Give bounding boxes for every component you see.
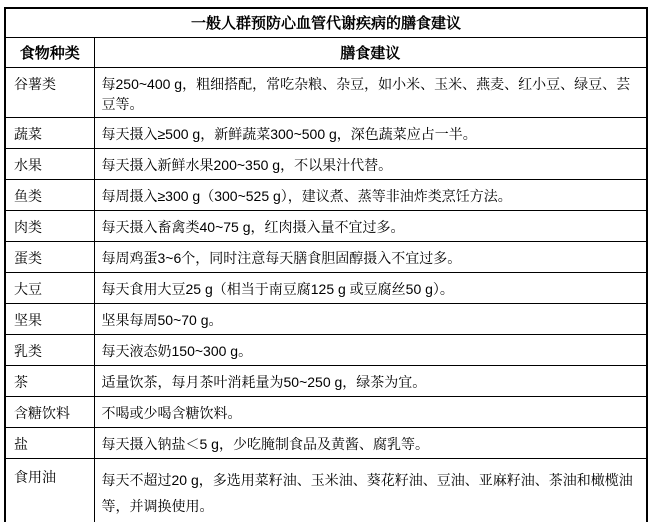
header-row: 食物种类 膳食建议 [5,37,647,67]
food-category-cell: 食用油 [5,458,94,522]
food-category-cell: 鱼类 [5,179,94,210]
food-category-cell: 含糖饮料 [5,396,94,427]
food-category-cell: 坚果 [5,303,94,334]
food-category-cell: 谷薯类 [5,67,94,117]
table-row-eggs: 蛋类 每周鸡蛋3~6个，同时注意每天膳食胆固醇摄入不宜过多。 [5,241,647,272]
table-row-grains: 谷薯类 每250~400 g，粗细搭配，常吃杂粮、杂豆，如小米、玉米、燕麦、红小… [5,67,647,117]
advice-cell: 不喝或少喝含糖饮料。 [94,396,647,427]
advice-cell: 每天摄入钠盐＜5 g，少吃腌制食品及黄酱、腐乳等。 [94,427,647,458]
diet-advice-table: 一般人群预防心血管代谢疾病的膳食建议 食物种类 膳食建议 谷薯类 每250~40… [4,7,648,522]
food-category-cell: 茶 [5,365,94,396]
advice-cell: 每天食用大豆25 g（相当于南豆腐125 g 或豆腐丝50 g）。 [94,272,647,303]
food-category-cell: 乳类 [5,334,94,365]
advice-cell: 每天摄入畜禽类40~75 g，红肉摄入量不宜过多。 [94,210,647,241]
title-row: 一般人群预防心血管代谢疾病的膳食建议 [5,8,647,37]
advice-cell: 每250~400 g，粗细搭配，常吃杂粮、杂豆，如小米、玉米、燕麦、红小豆、绿豆… [94,67,647,117]
table-row-meat: 肉类 每天摄入畜禽类40~75 g，红肉摄入量不宜过多。 [5,210,647,241]
table-row-fruit: 水果 每天摄入新鲜水果200~350 g，不以果汁代替。 [5,148,647,179]
advice-cell: 每天不超过20 g，多选用菜籽油、玉米油、葵花籽油、豆油、亚麻籽油、茶油和橄榄油… [94,458,647,522]
table-row-nuts: 坚果 坚果每周50~70 g。 [5,303,647,334]
column-header-diet-advice: 膳食建议 [94,37,647,67]
table-row-tea: 茶 适量饮茶，每月茶叶消耗量为50~250 g，绿茶为宜。 [5,365,647,396]
table-row-soybean: 大豆 每天食用大豆25 g（相当于南豆腐125 g 或豆腐丝50 g）。 [5,272,647,303]
table-row-salt: 盐 每天摄入钠盐＜5 g，少吃腌制食品及黄酱、腐乳等。 [5,427,647,458]
advice-cell: 每天摄入≥500 g，新鲜蔬菜300~500 g，深色蔬菜应占一半。 [94,117,647,148]
advice-cell: 每天摄入新鲜水果200~350 g，不以果汁代替。 [94,148,647,179]
food-category-cell: 蛋类 [5,241,94,272]
table-row-sugary-drinks: 含糖饮料 不喝或少喝含糖饮料。 [5,396,647,427]
food-category-cell: 水果 [5,148,94,179]
food-category-cell: 大豆 [5,272,94,303]
table-title: 一般人群预防心血管代谢疾病的膳食建议 [5,8,647,37]
food-category-cell: 肉类 [5,210,94,241]
table-row-fish: 鱼类 每周摄入≥300 g（300~525 g），建议煮、蒸等非油炸类烹饪方法。 [5,179,647,210]
advice-cell: 每天液态奶150~300 g。 [94,334,647,365]
table-row-cooking-oil: 食用油 每天不超过20 g，多选用菜籽油、玉米油、葵花籽油、豆油、亚麻籽油、茶油… [5,458,647,522]
advice-cell: 适量饮茶，每月茶叶消耗量为50~250 g，绿茶为宜。 [94,365,647,396]
food-category-cell: 盐 [5,427,94,458]
column-header-food-type: 食物种类 [5,37,94,67]
advice-cell: 每周鸡蛋3~6个，同时注意每天膳食胆固醇摄入不宜过多。 [94,241,647,272]
table-row-dairy: 乳类 每天液态奶150~300 g。 [5,334,647,365]
food-category-cell: 蔬菜 [5,117,94,148]
advice-cell: 坚果每周50~70 g。 [94,303,647,334]
advice-cell: 每周摄入≥300 g（300~525 g），建议煮、蒸等非油炸类烹饪方法。 [94,179,647,210]
document-page: 一般人群预防心血管代谢疾病的膳食建议 食物种类 膳食建议 谷薯类 每250~40… [0,0,650,522]
table-row-vegetables: 蔬菜 每天摄入≥500 g，新鲜蔬菜300~500 g，深色蔬菜应占一半。 [5,117,647,148]
